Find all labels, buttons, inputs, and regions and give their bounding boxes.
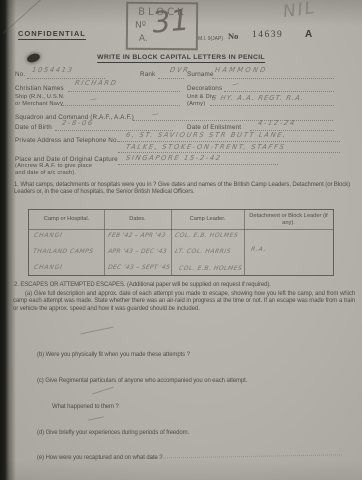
dotted-line bbox=[133, 120, 333, 121]
ship-value: — bbox=[89, 94, 99, 104]
table-cell: FEB '42 – APR '43 bbox=[107, 232, 166, 239]
enlistment-label: Date of Enlistment bbox=[187, 124, 241, 131]
question-1-text: 1. What camps, detachments or hospitals … bbox=[14, 182, 350, 197]
table-cell: COL. E.B. HOLMES bbox=[178, 265, 242, 272]
pencil-mark bbox=[92, 387, 113, 395]
pencil-mark bbox=[80, 326, 113, 334]
dotted-line bbox=[62, 105, 180, 106]
stamp-a-word: A. bbox=[139, 34, 148, 44]
table-header-divider bbox=[29, 229, 333, 230]
surname-value: HAMMOND bbox=[214, 66, 268, 74]
rank-label: Rank bbox=[140, 71, 155, 78]
ref-no-label: No bbox=[228, 31, 238, 41]
question-2d-text: (d) Give briefly your experiences during… bbox=[37, 430, 337, 437]
table-column-divider bbox=[244, 210, 245, 275]
pencil-mark bbox=[88, 416, 104, 420]
enlistment-value: 4-12-24 bbox=[257, 119, 296, 127]
ship-label-line2: or Merchant Navy bbox=[15, 101, 63, 107]
dotted-line bbox=[118, 152, 340, 153]
form-heading: WRITE IN BLOCK CAPITAL LETTERS IN PENCIL bbox=[97, 54, 265, 63]
question-2a-text: (a) Give full description and approx. da… bbox=[13, 291, 355, 313]
table-cell: APR '43 – DEC '43 bbox=[107, 248, 167, 255]
question-2c-text: (c) Give Regimental particulars of anyon… bbox=[37, 378, 347, 385]
capture-label-line2: (Aircrew R.A.F. to give place bbox=[15, 163, 92, 169]
surname-label: Surname bbox=[187, 71, 214, 78]
ink-blot bbox=[26, 52, 41, 64]
scanned-form-page: CONFIDENTIAL BLOCK Nº A. 31 NIL M.I. 9(J… bbox=[0, 0, 362, 480]
ship-label-line1: Ship (R.N., U.S.N. bbox=[15, 94, 65, 100]
table-header-dates: Dates. bbox=[104, 216, 171, 223]
table-cell: THAILAND CAMPS bbox=[32, 248, 94, 255]
capture-label-line1: Place and Date of Original Capture bbox=[15, 156, 118, 163]
table-cell: COL. E.B. HOLMES bbox=[174, 232, 238, 239]
table-cell: R.A. bbox=[250, 246, 267, 253]
table-header-camp: Camp or Hospital. bbox=[29, 216, 104, 223]
address-value-line2: TALKE, STOKE-ON-TRENT, STAFFS bbox=[125, 143, 286, 151]
dotted-line bbox=[210, 105, 334, 106]
dotted-line bbox=[68, 91, 180, 92]
nil-pencil-note: NIL bbox=[282, 0, 318, 22]
camps-table: Camp or Hospital. Dates. Camp Leader. De… bbox=[28, 209, 334, 276]
date-of-birth-value: 2-8-06 bbox=[61, 119, 94, 127]
question-2b-text: (b) Were you physically fit when you mad… bbox=[37, 352, 337, 359]
table-header-detachment: Detachment or Block Leader (if any). bbox=[246, 213, 331, 226]
decorations-value: — bbox=[231, 79, 241, 89]
dotted-line bbox=[118, 164, 278, 165]
no-label: No. bbox=[15, 71, 25, 78]
dotted-line bbox=[118, 141, 340, 142]
question-2c-what-text: What happened to them ? bbox=[52, 404, 252, 411]
unit-label-line2: (Army) bbox=[187, 101, 205, 107]
stamp-no-word: Nº bbox=[135, 21, 146, 31]
question-2-title: 2. ESCAPES OR ATTEMPTED ESCAPES. (Additi… bbox=[14, 282, 354, 289]
unit-value: 6 HY. A.A. REGT. R.A. bbox=[211, 94, 304, 102]
capture-label-line3: and date of a/c crash). bbox=[15, 170, 76, 176]
mi9-reference-label: M.I. 9(JAP) bbox=[198, 36, 223, 42]
address-value-line1: 6, ST. SAVIOURS STR BUTT LANE, bbox=[125, 131, 287, 139]
dotted-line bbox=[158, 78, 184, 79]
confidential-label: CONFIDENTIAL bbox=[18, 29, 86, 40]
capture-value: SINGAPORE 15-2-42 bbox=[125, 154, 222, 162]
table-header-leader: Camp Leader. bbox=[171, 216, 244, 223]
table-cell: LT. COL. HARRIS bbox=[174, 248, 231, 255]
dotted-line bbox=[224, 91, 334, 92]
dotted-line bbox=[212, 78, 334, 79]
service-number-value: 1054413 bbox=[31, 66, 74, 74]
table-cell: DEC '43 – SEPT '45 bbox=[107, 264, 170, 271]
table-cell: CHANGI bbox=[33, 264, 63, 271]
christian-names-value: RICHARD bbox=[74, 79, 118, 87]
decorations-label: Decorations bbox=[187, 85, 222, 92]
address-label: Private Address and Telephone No. bbox=[15, 137, 119, 144]
ref-number: 14639 bbox=[252, 30, 283, 40]
squadron-value: — bbox=[151, 109, 161, 118]
date-of-birth-label: Date of Birth bbox=[15, 124, 52, 131]
table-cell: CHANGI bbox=[33, 232, 63, 239]
christian-names-label: Christian Names bbox=[15, 85, 64, 92]
stamp-number-handwritten: 31 bbox=[151, 2, 191, 39]
ref-suffix: A bbox=[305, 29, 312, 40]
